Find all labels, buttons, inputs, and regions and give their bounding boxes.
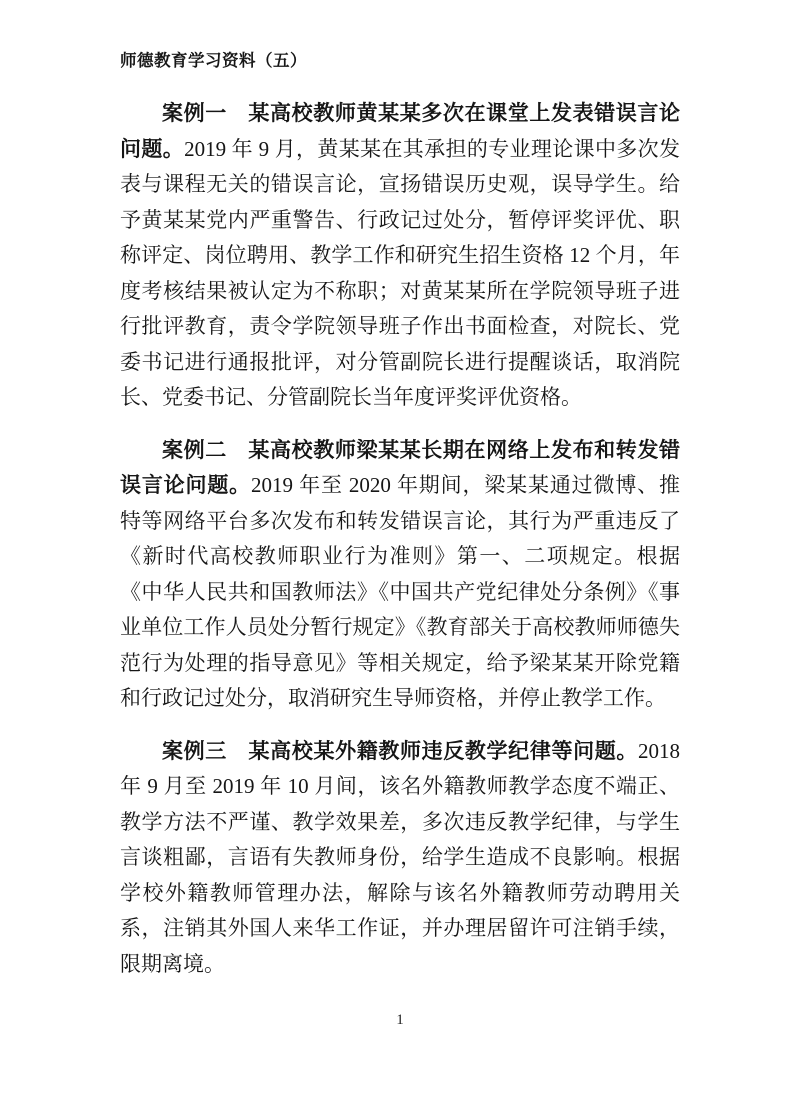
case-3-heading: 案例三 某高校某外籍教师违反教学纪律等问题。 bbox=[162, 739, 638, 763]
case-paragraph-1: 案例一 某高校教师黄某某多次在课堂上发表错误言论问题。2019 年 9 月，黄某… bbox=[120, 96, 680, 416]
document-title: 师德教育学习资料（五） bbox=[120, 47, 307, 71]
case-paragraph-3: 案例三 某高校某外籍教师违反教学纪律等问题。2018 年 9 月至 2019 年… bbox=[120, 734, 680, 983]
case-1-text: 2019 年 9 月，黄某某在其承担的专业理论课中多次发表与课程无关的错误言论，… bbox=[120, 137, 680, 410]
case-2-text: 2019 年至 2020 年期间，梁某某通过微博、推特等网络平台多次发布和转发错… bbox=[120, 473, 680, 710]
case-3-text: 2018 年 9 月至 2019 年 10 月间，该名外籍教师教学态度不端正、教… bbox=[120, 739, 680, 976]
document-page: 师德教育学习资料（五） 案例一 某高校教师黄某某多次在课堂上发表错误言论问题。2… bbox=[0, 0, 800, 1100]
document-body: 案例一 某高校教师黄某某多次在课堂上发表错误言论问题。2019 年 9 月，黄某… bbox=[120, 96, 680, 999]
page-number: 1 bbox=[0, 1012, 800, 1029]
case-paragraph-2: 案例二 某高校教师梁某某长期在网络上发布和转发错误言论问题。2019 年至 20… bbox=[120, 433, 680, 717]
